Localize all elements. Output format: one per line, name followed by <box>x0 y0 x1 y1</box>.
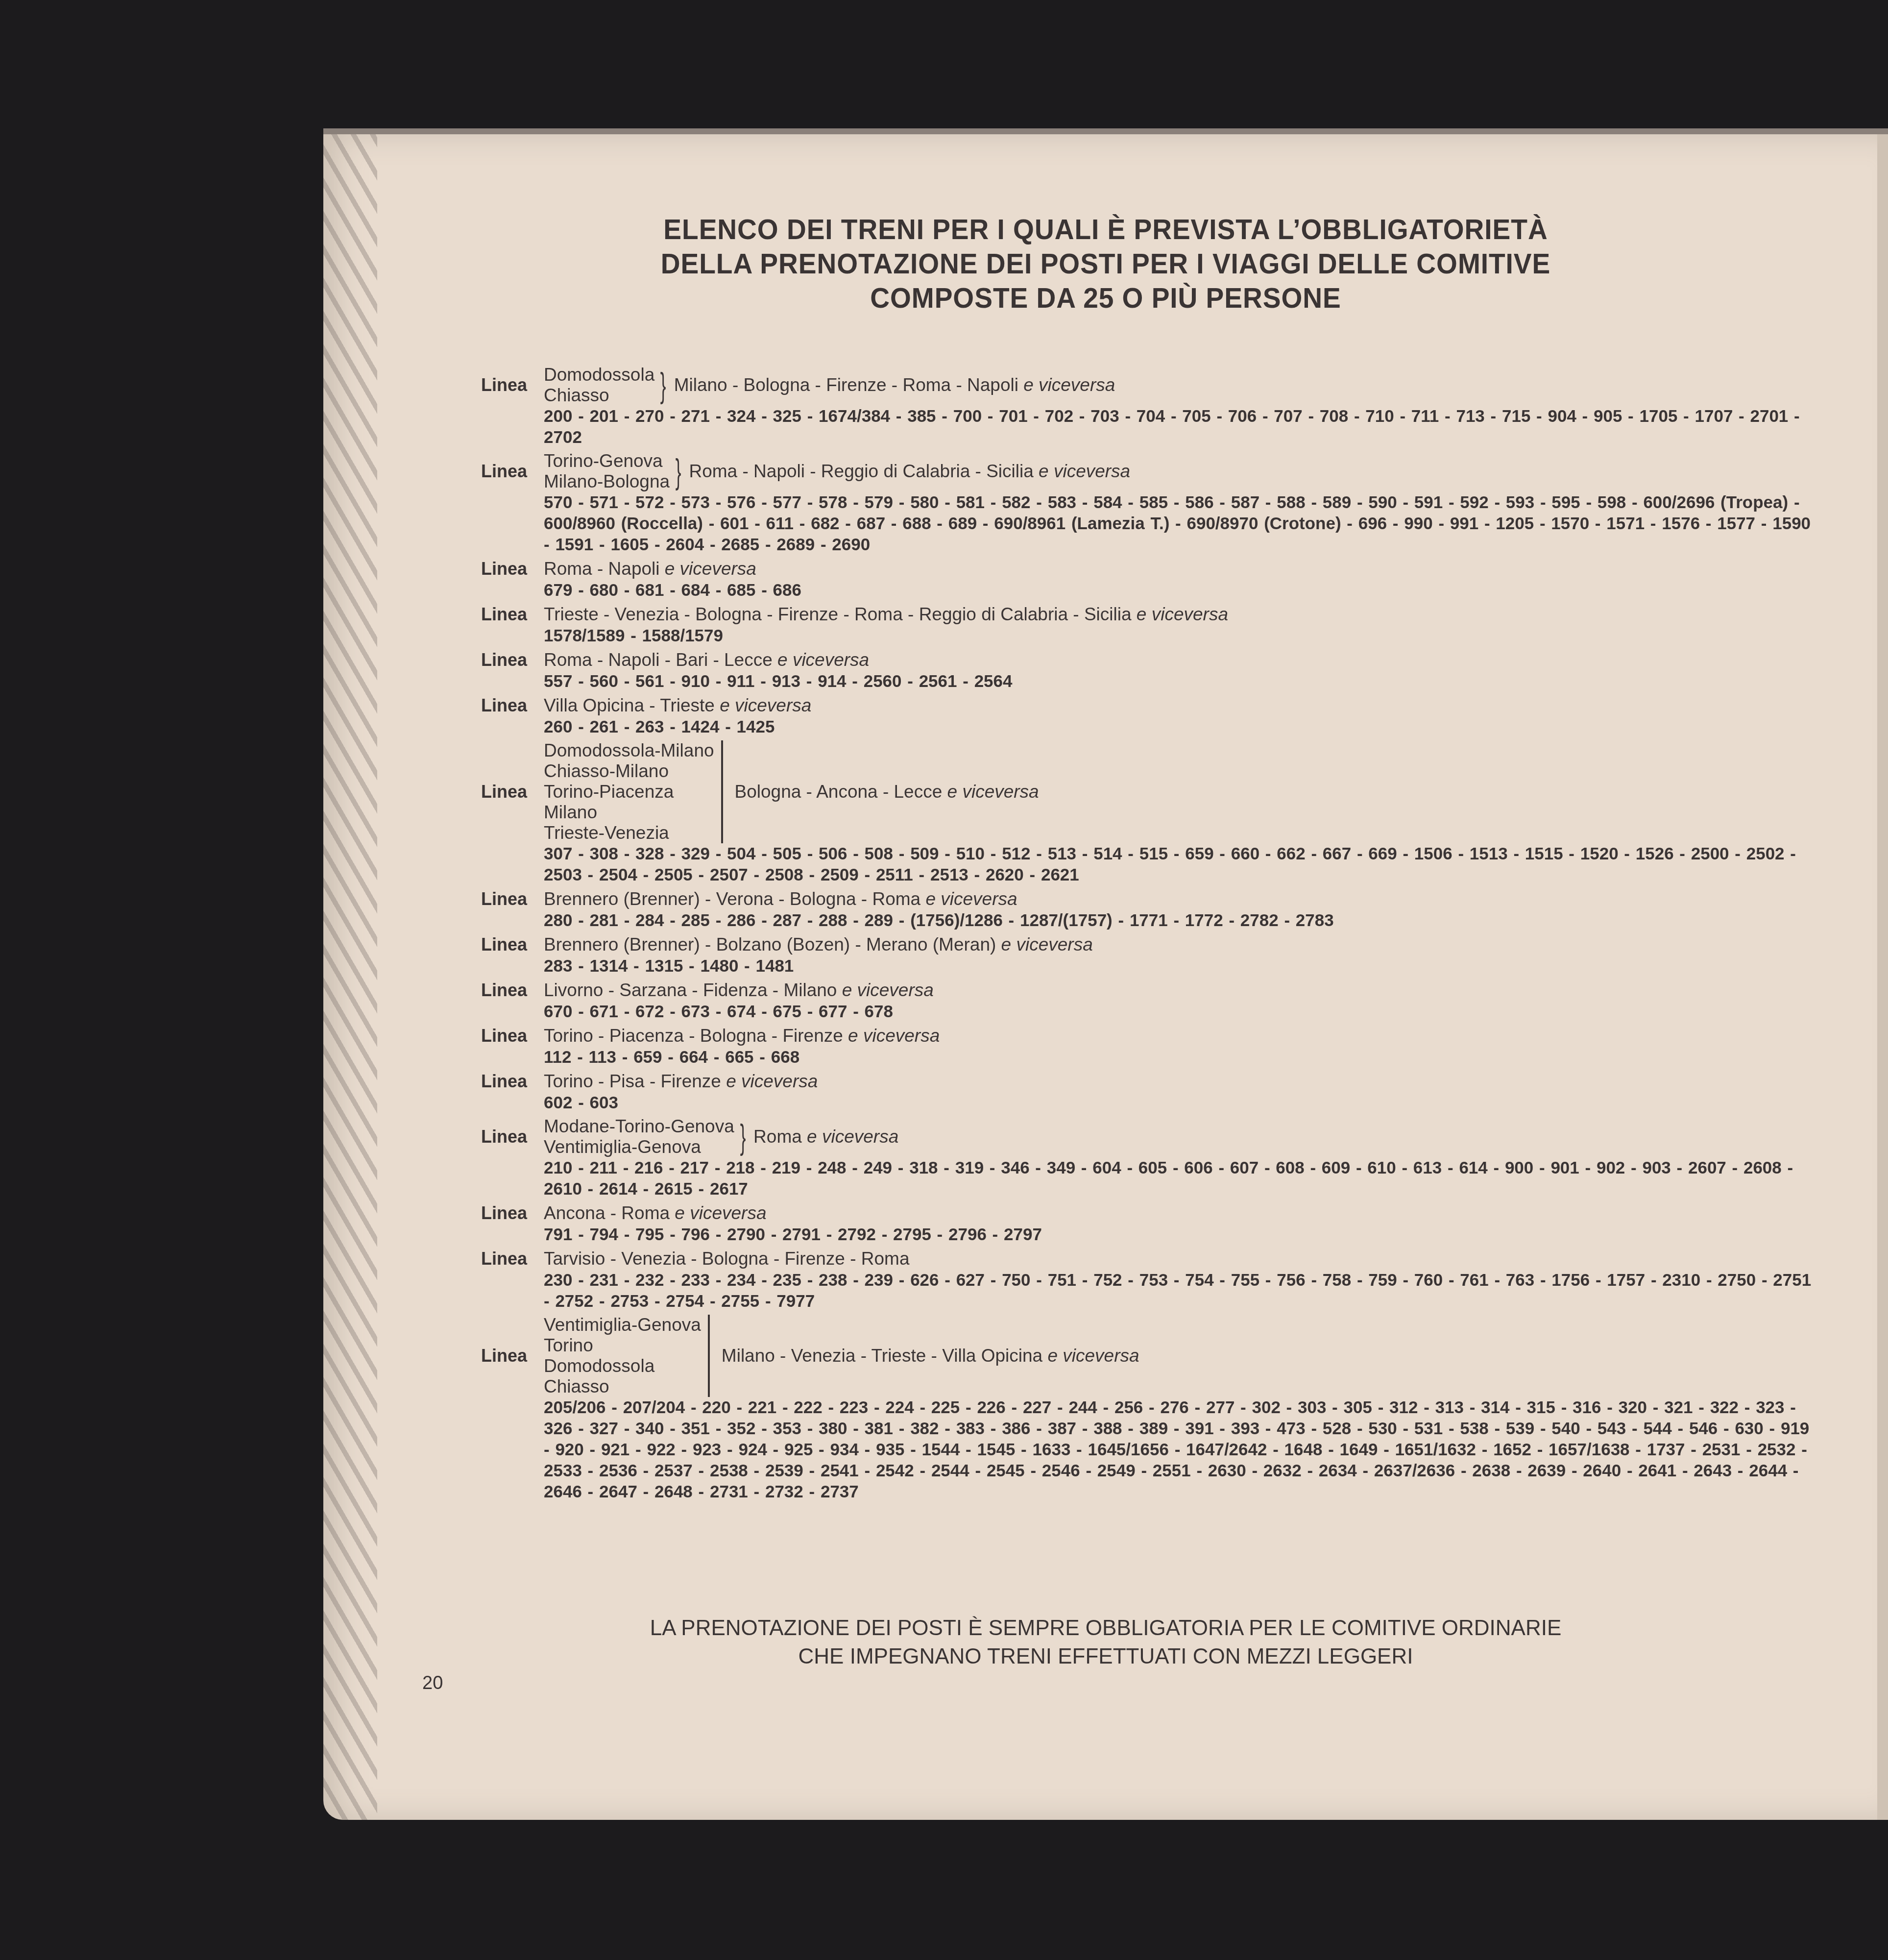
route-text: Roma - Napoli - Reggio di Calabria - Sic… <box>689 461 1131 482</box>
route-stations: Trieste - Venezia - Bologna - Firenze - … <box>544 604 1132 624</box>
train-number: 627 <box>956 1271 985 1290</box>
train-number: 609 <box>1322 1158 1350 1177</box>
brace-icon: } <box>676 454 681 489</box>
train-number: 576 <box>727 493 755 512</box>
train-number: 1648 <box>1284 1440 1323 1459</box>
train-number: 232 <box>635 1271 664 1290</box>
train-number: 696 <box>1358 514 1387 533</box>
train-number: 910 <box>681 672 710 691</box>
line-entry: LineaTrieste - Venezia - Bologna - Firen… <box>481 604 1814 646</box>
route-stations: Tarvisio - Venezia - Bologna - Firenze -… <box>544 1249 909 1269</box>
train-number: 312 <box>1389 1398 1418 1417</box>
train-number: 758 <box>1323 1271 1351 1290</box>
train-number: 270 <box>635 407 664 426</box>
brace-icon <box>708 1315 712 1397</box>
line-entry: LineaRoma - Napoli - Bari - Lecce e vice… <box>481 649 1814 692</box>
train-number: 314 <box>1481 1398 1509 1417</box>
line-entry: LineaTorino - Piacenza - Bologna - Firen… <box>481 1025 1814 1068</box>
route-stations: Milano - Venezia - Trieste - Villa Opici… <box>722 1346 1042 1366</box>
train-number: 911 <box>727 672 754 691</box>
train-number: 713 <box>1456 407 1484 426</box>
line-label: Linea <box>481 461 544 482</box>
train-number: 1526 <box>1636 844 1674 863</box>
train-number: 318 <box>909 1158 938 1177</box>
train-number: 681 <box>635 581 664 600</box>
train-number: 303 <box>1298 1398 1326 1417</box>
train-number: 528 <box>1323 1419 1351 1438</box>
route-text: Bologna - Ancona - Lecce e viceversa <box>735 781 1039 803</box>
train-numbers: 570 - 571 - 572 - 573 - 576 - 577 - 578 … <box>544 492 1814 555</box>
train-numbers: 260 - 261 - 263 - 1424 - 1425 <box>544 716 1814 737</box>
train-number: 205/206 <box>544 1398 606 1417</box>
train-number: 756 <box>1277 1271 1305 1290</box>
train-number: 2751 <box>1773 1271 1811 1290</box>
train-number: 711 <box>1411 407 1439 426</box>
train-number: 224 <box>885 1398 914 1417</box>
route-text: Livorno - Sarzana - Fidenza - Milano e v… <box>544 980 934 1001</box>
train-number: 288 <box>819 911 847 930</box>
train-number: 682 <box>811 514 839 533</box>
line-entry: LineaBrennero (Brenner) - Bolzano (Bozen… <box>481 934 1814 977</box>
train-number: (1756)/1286 <box>910 911 1003 930</box>
train-number: 539 <box>1506 1419 1534 1438</box>
route-text: Roma - Napoli e viceversa <box>544 558 756 580</box>
train-number: 1645/1656 <box>1088 1440 1168 1459</box>
train-number: 2505 <box>654 865 693 884</box>
line-label: Linea <box>481 604 544 625</box>
train-number: 2533 <box>544 1461 582 1480</box>
train-number: 2509 <box>821 865 859 884</box>
footer-line-2: CHE IMPEGNANO TRENI EFFETTUATI CON MEZZI… <box>323 1642 1888 1671</box>
train-number: 584 <box>1093 493 1122 512</box>
train-number: 2551 <box>1153 1461 1191 1480</box>
train-number: 2690 <box>832 535 870 554</box>
line-entry: LineaDomodossola-MilanoChiasso-MilanoTor… <box>481 740 1814 885</box>
train-number: 920 <box>555 1440 583 1459</box>
route-stations: Torino - Piacenza - Bologna - Firenze <box>544 1026 843 1046</box>
line-label: Linea <box>481 375 544 395</box>
train-number: 923 <box>693 1440 721 1459</box>
train-number: 705 <box>1182 407 1210 426</box>
train-number: 754 <box>1185 1271 1213 1290</box>
train-number: 2638 <box>1472 1461 1510 1480</box>
train-number: 659 <box>1185 844 1213 863</box>
train-number: 2701 <box>1750 407 1788 426</box>
train-number: 385 <box>907 407 936 426</box>
route-text: Roma - Napoli - Bari - Lecce e viceversa <box>544 649 869 671</box>
train-number: 2511 <box>876 865 913 884</box>
train-number: 1652 <box>1493 1440 1531 1459</box>
train-number: 287 <box>773 911 801 930</box>
origin-station: Milano-Bologna <box>544 471 670 492</box>
route-stations: Roma <box>753 1127 802 1147</box>
brace-icon: } <box>660 368 666 402</box>
train-number: 670 <box>544 1002 572 1021</box>
train-numbers: 210 - 211 - 216 - 217 - 218 - 219 - 248 … <box>544 1157 1814 1200</box>
line-header: LineaRoma - Napoli e viceversa <box>481 558 1814 580</box>
train-number: 389 <box>1139 1419 1168 1438</box>
train-number: 903 <box>1642 1158 1670 1177</box>
train-number: 391 <box>1185 1419 1213 1438</box>
train-number: 2634 <box>1319 1461 1357 1480</box>
train-number: 703 <box>1090 407 1119 426</box>
train-number: 662 <box>1277 844 1305 863</box>
train-number: 2620 <box>986 865 1024 884</box>
train-number: 112 <box>544 1048 571 1067</box>
train-number: 263 <box>635 717 664 736</box>
line-label: Linea <box>481 782 544 802</box>
train-number: 904 <box>1548 407 1576 426</box>
line-entry: LineaTorino - Pisa - Firenze e viceversa… <box>481 1071 1814 1113</box>
page-number: 20 <box>422 1673 443 1694</box>
train-number: 2637/2636 <box>1374 1461 1455 1480</box>
origin-station: Domodossola <box>544 1356 701 1376</box>
train-number: 668 <box>771 1048 799 1067</box>
train-number: 530 <box>1368 1419 1397 1438</box>
train-number: 687 <box>857 514 885 533</box>
train-number: 750 <box>1002 1271 1030 1290</box>
train-number: 1772 <box>1185 911 1223 930</box>
route-stations: Villa Opicina - Trieste <box>544 695 715 715</box>
viceversa-note: e viceversa <box>842 980 934 1000</box>
train-number: 2795 <box>893 1225 931 1244</box>
train-number: 592 <box>1460 493 1488 512</box>
train-number: 2753 <box>610 1292 649 1311</box>
train-number: 2754 <box>666 1292 704 1311</box>
page-right-edge <box>1877 134 1888 1820</box>
train-number: 674 <box>727 1002 755 1021</box>
train-number: 580 <box>910 493 939 512</box>
train-number: 220 <box>702 1398 730 1417</box>
train-number: 2546 <box>1042 1461 1080 1480</box>
line-header: LineaVentimiglia-GenovaTorinoDomodossola… <box>481 1315 1814 1397</box>
viceversa-note: e viceversa <box>1001 934 1093 955</box>
train-number: 794 <box>590 1225 618 1244</box>
train-line-list: LineaDomodossolaChiasso}Milano - Bologna… <box>481 365 1814 1505</box>
train-number: 991 <box>1450 514 1478 533</box>
train-number: 702 <box>1045 407 1073 426</box>
train-numbers: 679 - 680 - 681 - 684 - 685 - 686 <box>544 580 1814 601</box>
train-number: 701 <box>999 407 1027 426</box>
train-number: 2549 <box>1097 1461 1136 1480</box>
route-text: Villa Opicina - Trieste e viceversa <box>544 695 811 716</box>
train-number: 1577 <box>1717 514 1755 533</box>
train-number: 1756 <box>1551 1271 1590 1290</box>
origin-list: DomodossolaChiasso <box>544 365 654 406</box>
train-number: 2310 <box>1662 1271 1700 1290</box>
train-number: 2503 <box>544 865 582 884</box>
train-number: 1571 <box>1606 514 1645 533</box>
train-number: 328 <box>635 844 664 863</box>
train-number: 2545 <box>987 1461 1025 1480</box>
train-number: 2604 <box>666 535 704 554</box>
train-number: 595 <box>1551 493 1580 512</box>
train-number: 216 <box>634 1158 663 1177</box>
train-number: 2621 <box>1041 865 1079 884</box>
train-number: 510 <box>956 844 985 863</box>
train-number: 2532 <box>1758 1440 1796 1459</box>
origin-station: Ventimiglia-Genova <box>544 1315 701 1335</box>
train-number: 305 <box>1344 1398 1372 1417</box>
train-number: 283 <box>544 956 572 976</box>
train-number: 308 <box>590 844 618 863</box>
line-header: LineaTrieste - Venezia - Bologna - Firen… <box>481 604 1814 625</box>
route-text: Ancona - Roma e viceversa <box>544 1202 767 1224</box>
train-number: 667 <box>1323 844 1351 863</box>
origin-station: Domodossola-Milano <box>544 740 714 761</box>
train-number: 2538 <box>710 1461 748 1480</box>
train-numbers: 280 - 281 - 284 - 285 - 286 - 287 - 288 … <box>544 910 1814 931</box>
line-entry: LineaDomodossolaChiasso}Milano - Bologna… <box>481 365 1814 448</box>
train-number: 285 <box>681 911 710 930</box>
train-number: 2782 <box>1240 911 1279 930</box>
train-number: 763 <box>1506 1271 1534 1290</box>
viceversa-note: e viceversa <box>1047 1346 1139 1366</box>
train-number: 2614 <box>599 1179 637 1199</box>
line-header: LineaTorino-GenovaMilano-Bologna}Roma - … <box>481 451 1814 492</box>
train-number: 2750 <box>1718 1271 1756 1290</box>
train-number: 2643 <box>1694 1461 1732 1480</box>
train-number: 1705 <box>1640 407 1678 426</box>
train-number: 1287/(1757) <box>1020 911 1113 930</box>
train-number: 581 <box>956 493 985 512</box>
train-number: 2731 <box>710 1482 748 1501</box>
train-number: 610 <box>1367 1158 1396 1177</box>
route-stations: Roma - Napoli <box>544 559 659 579</box>
train-number: 1424 <box>681 717 720 736</box>
train-number: 320 <box>1619 1398 1647 1417</box>
train-number: 1757 <box>1607 1271 1645 1290</box>
train-number: 1647/2642 <box>1186 1440 1267 1459</box>
train-number: 249 <box>864 1158 892 1177</box>
train-number: 248 <box>818 1158 846 1177</box>
train-number: 1605 <box>610 535 649 554</box>
footer-note: LA PRENOTAZIONE DEI POSTI È SEMPRE OBBLI… <box>323 1614 1888 1671</box>
train-number: 2646 <box>544 1482 582 1501</box>
train-number: 380 <box>819 1419 847 1438</box>
train-numbers: 1578/1589 - 1588/1579 <box>544 625 1814 646</box>
line-label: Linea <box>481 559 544 579</box>
train-number: 227 <box>1023 1398 1051 1417</box>
viceversa-note: e viceversa <box>665 559 756 579</box>
train-number: 921 <box>601 1440 629 1459</box>
train-number: 210 <box>544 1158 572 1177</box>
train-number: 217 <box>680 1158 709 1177</box>
train-numbers: 307 - 308 - 328 - 329 - 504 - 505 - 506 … <box>544 843 1814 885</box>
train-number: 901 <box>1550 1158 1579 1177</box>
route-text: Brennero (Brenner) - Verona - Bologna - … <box>544 888 1017 910</box>
title-line-3: COMPOSTE DA 25 O PIÙ PERSONE <box>363 281 1849 316</box>
train-number: 2790 <box>727 1225 765 1244</box>
train-number: 672 <box>635 1002 664 1021</box>
train-number: 276 <box>1160 1398 1188 1417</box>
train-number: 572 <box>635 493 664 512</box>
viceversa-note: e viceversa <box>1137 604 1228 624</box>
origin-station: Modane-Torino-Genova <box>544 1116 734 1137</box>
train-number: 515 <box>1139 844 1168 863</box>
train-number: 588 <box>1277 493 1305 512</box>
train-number: 200 <box>544 407 572 426</box>
line-header: LineaDomodossola-MilanoChiasso-MilanoTor… <box>481 740 1814 843</box>
train-number: 902 <box>1597 1158 1625 1177</box>
train-number: 546 <box>1689 1419 1718 1438</box>
train-number: 302 <box>1252 1398 1280 1417</box>
origin-station: Chiasso <box>544 1376 701 1397</box>
train-number: 1576 <box>1662 514 1700 533</box>
viceversa-note: e viceversa <box>807 1127 898 1147</box>
train-number: 614 <box>1459 1158 1487 1177</box>
train-number: 924 <box>738 1440 767 1459</box>
train-number: 2531 <box>1702 1440 1741 1459</box>
train-number: 561 <box>635 672 664 691</box>
line-header: LineaTorino - Pisa - Firenze e viceversa <box>481 1071 1814 1092</box>
train-number: 382 <box>910 1419 939 1438</box>
train-number: 512 <box>1002 844 1030 863</box>
train-number: 238 <box>819 1271 847 1290</box>
viceversa-note: e viceversa <box>947 782 1039 802</box>
train-number: 664 <box>679 1048 708 1067</box>
train-number: 582 <box>1002 493 1030 512</box>
train-number: 990 <box>1404 514 1432 533</box>
train-number: 514 <box>1093 844 1122 863</box>
train-number: 218 <box>726 1158 754 1177</box>
train-number: 2641 <box>1638 1461 1676 1480</box>
train-number: 1771 <box>1130 911 1168 930</box>
train-number: 557 <box>544 672 572 691</box>
train-number: 540 <box>1551 1419 1580 1438</box>
train-number: 2797 <box>1004 1225 1042 1244</box>
train-number: 2508 <box>765 865 803 884</box>
route-text: Milano - Venezia - Trieste - Villa Opici… <box>722 1345 1139 1367</box>
train-number: 760 <box>1414 1271 1443 1290</box>
train-number: 201 <box>590 407 618 426</box>
train-number: 281 <box>590 911 618 930</box>
train-number: 925 <box>784 1440 813 1459</box>
train-number: 700 <box>953 407 982 426</box>
train-number: 353 <box>773 1419 801 1438</box>
title-line-2: DELLA PRENOTAZIONE DEI POSTI PER I VIAGG… <box>363 247 1849 281</box>
train-number: 600/8960 (Roccella) <box>544 514 703 533</box>
train-number: 1633 <box>1032 1440 1070 1459</box>
origin-station: Chiasso <box>544 385 654 406</box>
train-number: 934 <box>830 1440 858 1459</box>
train-number: 381 <box>865 1419 893 1438</box>
route-stations: Milano - Bologna - Firenze - Roma - Napo… <box>674 375 1018 395</box>
train-number: 226 <box>977 1398 1005 1417</box>
train-number: 531 <box>1414 1419 1443 1438</box>
train-numbers: 230 - 231 - 232 - 233 - 234 - 235 - 238 … <box>544 1270 1814 1312</box>
route-text: Brennero (Brenner) - Bolzano (Bozen) - M… <box>544 934 1093 955</box>
train-number: 325 <box>773 407 801 426</box>
train-number: 665 <box>725 1048 753 1067</box>
train-number: 219 <box>772 1158 800 1177</box>
train-number: 1657/1638 <box>1549 1440 1629 1459</box>
train-number: 602 <box>544 1093 572 1112</box>
train-number: 221 <box>748 1398 776 1417</box>
origin-station: Chiasso-Milano <box>544 761 714 782</box>
train-number: 271 <box>681 407 710 426</box>
train-number: 2689 <box>776 535 815 554</box>
route-stations: Roma - Napoli - Bari - Lecce <box>544 650 773 670</box>
route-stations: Torino - Pisa - Firenze <box>544 1071 721 1091</box>
train-number: 1707 <box>1694 407 1733 426</box>
train-number: 2783 <box>1296 911 1334 930</box>
train-number: 759 <box>1368 1271 1397 1290</box>
viceversa-note: e viceversa <box>720 695 811 715</box>
train-number: 922 <box>647 1440 675 1459</box>
route-text: Tarvisio - Venezia - Bologna - Firenze -… <box>544 1248 909 1270</box>
train-number: 560 <box>590 672 618 691</box>
line-entry: LineaVilla Opicina - Trieste e viceversa… <box>481 695 1814 737</box>
train-number: 386 <box>1002 1419 1030 1438</box>
train-number: 1314 <box>590 956 628 976</box>
train-number: 2702 <box>544 428 582 447</box>
title-line-1: ELENCO DEI TRENI PER I QUALI È PREVISTA … <box>363 213 1849 247</box>
train-number: 601 <box>720 514 749 533</box>
line-label: Linea <box>481 889 544 909</box>
train-number: 571 <box>590 493 618 512</box>
train-number: 2537 <box>654 1461 693 1480</box>
train-number: 473 <box>1277 1419 1305 1438</box>
origin-station: Torino-Genova <box>544 451 670 471</box>
train-number: 1520 <box>1580 844 1619 863</box>
train-number: 543 <box>1598 1419 1626 1438</box>
train-number: 579 <box>865 493 893 512</box>
train-number: 753 <box>1139 1271 1168 1290</box>
train-number: 222 <box>794 1398 822 1417</box>
line-header: LineaLivorno - Sarzana - Fidenza - Milan… <box>481 980 1814 1001</box>
train-number: 1588/1579 <box>642 626 723 645</box>
page-title: ELENCO DEI TRENI PER I QUALI È PREVISTA … <box>363 213 1849 316</box>
train-number: 340 <box>635 1419 664 1438</box>
train-number: 710 <box>1365 407 1394 426</box>
train-number: 1591 <box>555 535 593 554</box>
viceversa-note: e viceversa <box>1023 375 1115 395</box>
viceversa-note: e viceversa <box>925 889 1017 909</box>
train-number: 1425 <box>737 717 775 736</box>
train-number: 685 <box>727 581 755 600</box>
train-number: 2513 <box>930 865 968 884</box>
train-number: 2539 <box>765 1461 803 1480</box>
line-entry: LineaBrennero (Brenner) - Verona - Bolog… <box>481 888 1814 931</box>
train-number: 1570 <box>1551 514 1589 533</box>
train-number: 277 <box>1206 1398 1234 1417</box>
route-text: Roma e viceversa <box>753 1126 898 1148</box>
train-number: 577 <box>773 493 801 512</box>
line-header: LineaAncona - Roma e viceversa <box>481 1202 1814 1224</box>
line-entry: LineaRoma - Napoli e viceversa679 - 680 … <box>481 558 1814 601</box>
line-header: LineaRoma - Napoli - Bari - Lecce e vice… <box>481 649 1814 671</box>
viceversa-note: e viceversa <box>1039 461 1130 481</box>
train-number: 323 <box>1756 1398 1784 1417</box>
train-number: 2755 <box>721 1292 759 1311</box>
line-entry: LineaTorino-GenovaMilano-Bologna}Roma - … <box>481 451 1814 555</box>
line-header: LineaDomodossolaChiasso}Milano - Bologna… <box>481 365 1814 406</box>
origin-station: Ventimiglia-Genova <box>544 1137 734 1157</box>
train-number: 321 <box>1664 1398 1693 1417</box>
train-number: 2541 <box>821 1461 859 1480</box>
train-number: 315 <box>1527 1398 1555 1417</box>
train-number: 751 <box>1048 1271 1076 1290</box>
train-number: 231 <box>590 1271 618 1290</box>
train-number: 606 <box>1184 1158 1212 1177</box>
train-number: 289 <box>865 911 893 930</box>
train-number: 2648 <box>654 1482 693 1501</box>
train-number: 671 <box>590 1002 618 1021</box>
train-number: 608 <box>1276 1158 1304 1177</box>
route-stations: Ancona - Roma <box>544 1203 670 1223</box>
train-number: 690/8970 (Crotone) <box>1186 514 1341 533</box>
